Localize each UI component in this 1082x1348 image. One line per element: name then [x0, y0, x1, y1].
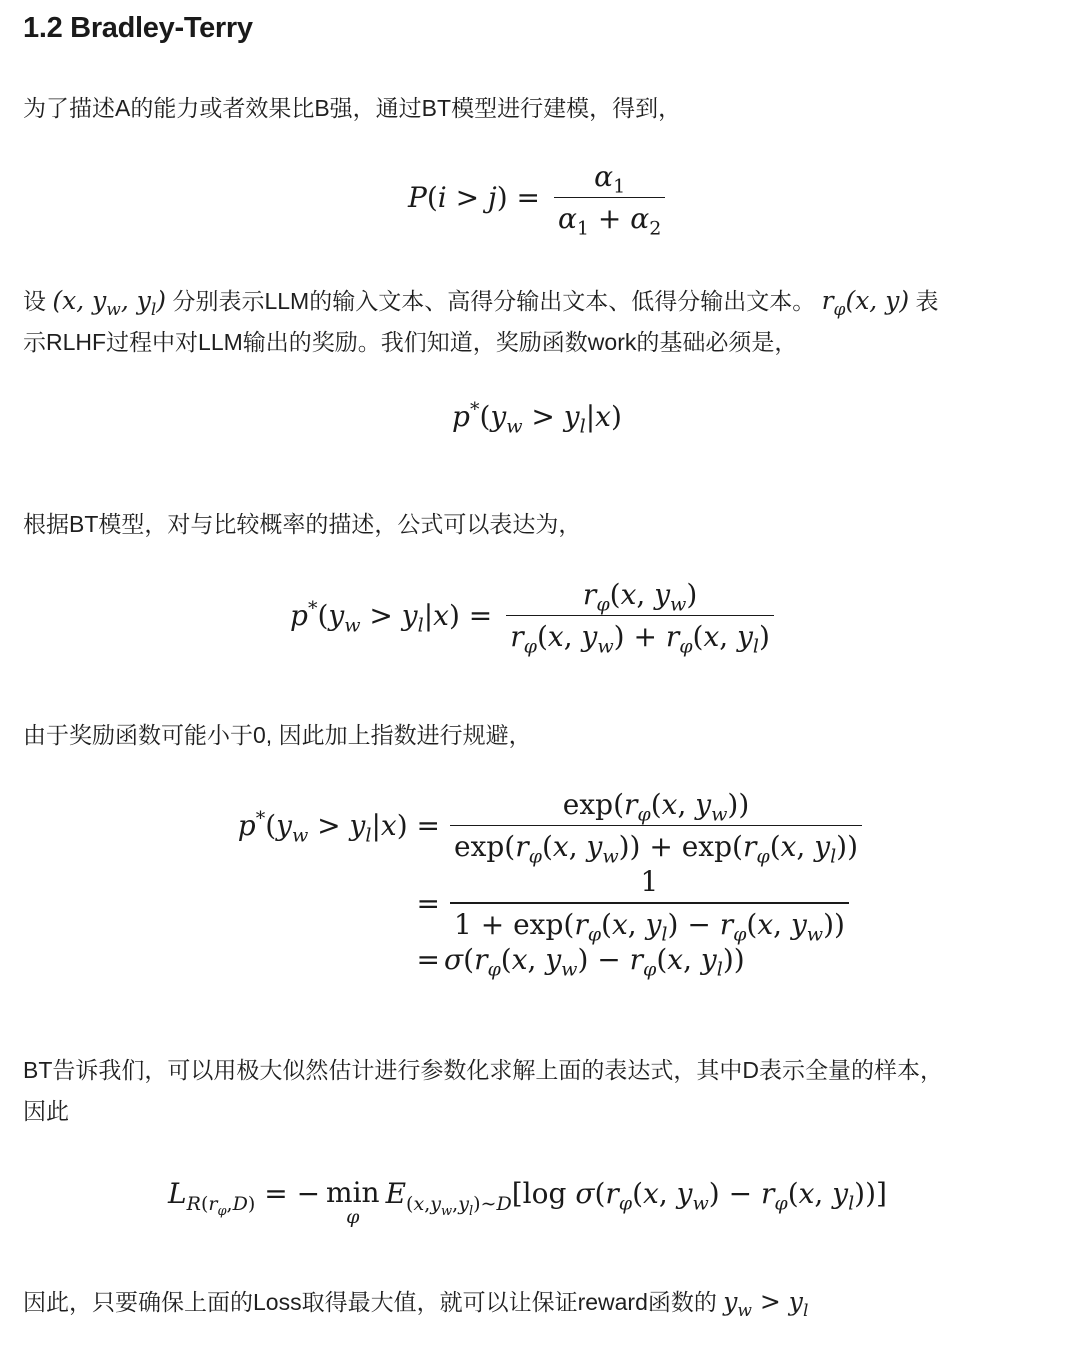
equation-loss: LR(rφ,D) = − min φ E(x,yw,yl)∼D[log σ(rφ…: [168, 1170, 887, 1219]
equation-bt-probability: P(i > j) = α1 α1 + α2: [408, 160, 669, 235]
paragraph-mle: BT告诉我们，可以用极大似然估计进行参数化求解上面的表达式，其中D表示全量的样本…: [23, 1050, 1063, 1132]
section-heading: 1.2 Bradley-Terry: [23, 12, 253, 45]
equation-preference: p*(yw > yl|x): [452, 400, 622, 433]
paragraph-conclusion: 因此，只要确保上面的Loss取得最大值，就可以让保证reward函数的 yw >…: [23, 1281, 1063, 1323]
paragraph-definitions: 设 (x, yw, yl) 分别表示LLM的输入文本、高得分输出文本、低得分输出…: [23, 280, 1063, 363]
paragraph-bt-model: 根据BT模型，对与比较概率的描述，公式可以表达为，: [23, 504, 1063, 545]
equation-bt-reward: p*(yw > yl|x) = rφ(x, yw) rφ(x, yw) + rφ…: [290, 578, 778, 653]
paragraph-intro: 为了描述A的能力或者效果比B强，通过BT模型进行建模，得到，: [23, 88, 1063, 129]
paragraph-exponential: 由于奖励函数可能小于0, 因此加上指数进行规避，: [23, 715, 1063, 756]
equation-exp-derivation: p*(yw > yl|x) = exp(rφ(x, yw)) exp(rφ(x,…: [218, 788, 866, 976]
